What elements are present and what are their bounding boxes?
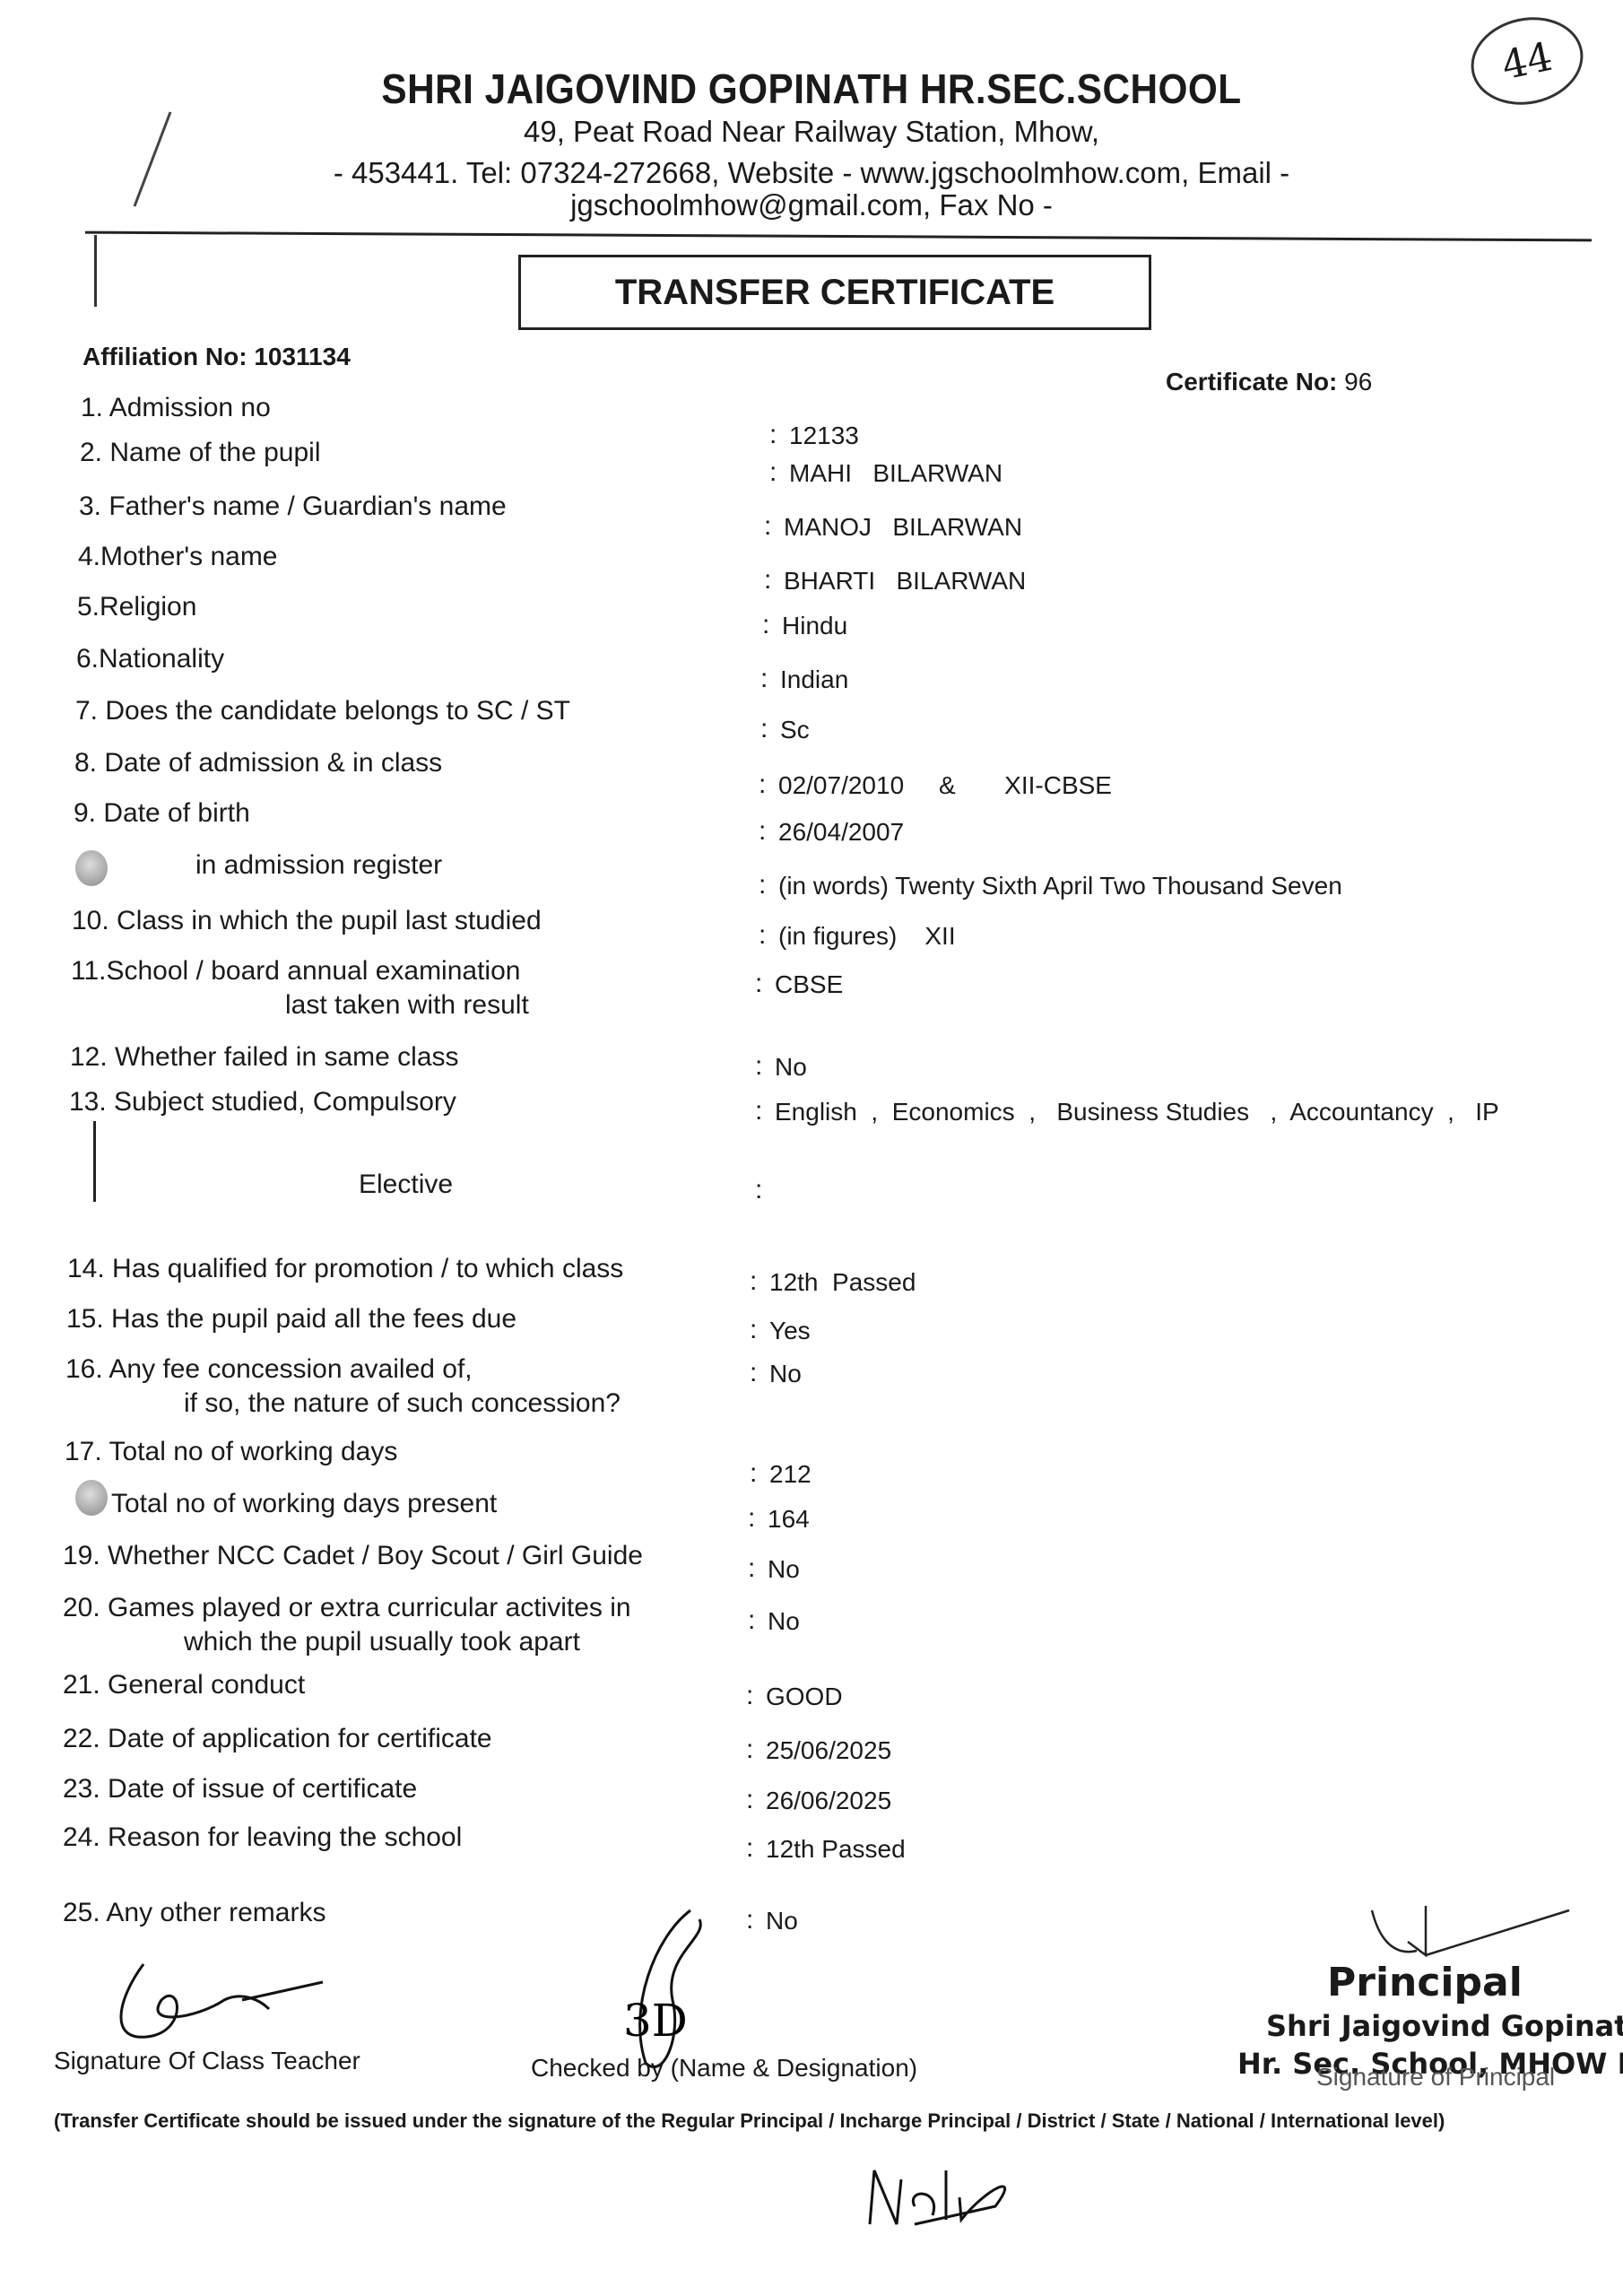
- field-separator: :: [760, 664, 768, 694]
- field-separator: :: [755, 1175, 762, 1205]
- field-value: MAHI BILARWAN: [789, 459, 1002, 488]
- field-value: No: [768, 1607, 800, 1636]
- field-separator: :: [764, 565, 771, 596]
- field-label: 25. Any other remarks: [63, 1898, 325, 1928]
- field-label: 24. Reason for leaving the school: [63, 1822, 462, 1853]
- field-label: 22. Date of application for certificate: [63, 1724, 492, 1754]
- punch-hole-mark: [75, 850, 108, 886]
- field-label: Total no of working days present: [111, 1489, 497, 1519]
- field-label: 5.Religion: [77, 592, 196, 622]
- header-divider: [85, 231, 1592, 242]
- field-label: 2. Name of the pupil: [80, 438, 321, 468]
- footer-note: (Transfer Certificate should be issued u…: [54, 2109, 1445, 2133]
- certificate-no: Certificate No: 96: [1166, 368, 1372, 396]
- field-separator: :: [755, 969, 762, 999]
- field-label: 13. Subject studied, Compulsory: [69, 1087, 456, 1118]
- field-value: English , Economics , Business Studies ,…: [775, 1098, 1499, 1126]
- field-value: No: [766, 1907, 798, 1935]
- field-value: 25/06/2025: [766, 1736, 891, 1765]
- class-teacher-signature: [90, 1946, 341, 2063]
- field-separator: :: [750, 1458, 757, 1489]
- field-label: 17. Total no of working days: [65, 1437, 397, 1467]
- field-separator: :: [750, 1358, 757, 1388]
- class-teacher-label: Signature Of Class Teacher: [54, 2047, 360, 2075]
- field-label: 4.Mother's name: [78, 542, 278, 572]
- field-label: 9. Date of birth: [74, 798, 250, 829]
- field-label: 14. Has qualified for promotion / to whi…: [67, 1254, 623, 1284]
- field-label-continued: which the pupil usually took apart: [184, 1627, 580, 1657]
- field-label: 12. Whether failed in same class: [70, 1042, 459, 1073]
- checked-by-label: Checked by (Name & Designation): [531, 2054, 917, 2083]
- field-label: 1. Admission no: [81, 393, 271, 423]
- field-value: GOOD: [766, 1683, 843, 1711]
- principal-label: Signature of Principal: [1316, 2063, 1555, 2092]
- field-separator: :: [755, 1051, 762, 1082]
- field-label: 15. Has the pupil paid all the fees due: [66, 1304, 516, 1335]
- school-email: jgschoolmhow@gmail.com, Fax No -: [0, 188, 1623, 222]
- field-value: Yes: [769, 1317, 811, 1345]
- field-separator: :: [755, 1096, 762, 1126]
- field-label: 16. Any fee concession availed of,: [65, 1354, 473, 1385]
- field-label: 7. Does the candidate belongs to SC / ST: [75, 696, 570, 726]
- field-label: 3. Father's name / Guardian's name: [79, 491, 507, 522]
- field-value: BHARTI BILARWAN: [784, 567, 1026, 596]
- field-value: Sc: [780, 716, 810, 744]
- field-label-continued: last taken with result: [285, 990, 529, 1021]
- field-value: CBSE: [775, 970, 843, 999]
- field-value: 212: [769, 1460, 811, 1489]
- field-label: 23. Date of issue of certificate: [63, 1774, 417, 1805]
- field-label: Elective: [359, 1170, 453, 1200]
- field-value: (in figures) XII: [778, 922, 956, 951]
- field-separator: :: [769, 420, 777, 450]
- field-separator: :: [748, 1503, 755, 1534]
- field-label: 11.School / board annual examination: [71, 956, 520, 987]
- title-text: TRANSFER CERTIFICATE: [615, 273, 1055, 313]
- field-separator: :: [748, 1605, 755, 1636]
- field-value: 26/06/2025: [766, 1787, 891, 1815]
- field-value: MANOJ BILARWAN: [784, 513, 1022, 542]
- field-separator: :: [750, 1315, 757, 1345]
- field-label: 10. Class in which the pupil last studie…: [72, 906, 542, 936]
- document-title: TRANSFER CERTIFICATE: [518, 255, 1151, 330]
- field-label: 20. Games played or extra curricular act…: [63, 1593, 631, 1623]
- field-separator: :: [759, 920, 766, 951]
- pupil-signature: [861, 2161, 1058, 2242]
- field-value: 12th Passed: [766, 1835, 906, 1864]
- field-separator: :: [769, 457, 777, 488]
- field-value: 12th Passed: [769, 1268, 916, 1297]
- stamp-school-name: Shri Jaigovind Gopinath: [1266, 2009, 1623, 2043]
- field-value: 26/04/2007: [778, 818, 904, 847]
- field-label: 6.Nationality: [76, 644, 224, 674]
- field-separator: :: [746, 1735, 753, 1765]
- field-separator: :: [750, 1266, 757, 1297]
- field-value: No: [775, 1053, 807, 1082]
- field-value: Indian: [780, 665, 848, 694]
- field-separator: :: [759, 870, 766, 900]
- field-value: No: [769, 1360, 802, 1388]
- field-separator: :: [760, 714, 768, 744]
- affiliation-no: Affiliation No: 1031134: [82, 343, 351, 371]
- field-label: 19. Whether NCC Cadet / Boy Scout / Girl…: [63, 1541, 643, 1571]
- svg-text:3D: 3D: [623, 1995, 688, 2047]
- field-value: Hindu: [782, 612, 847, 640]
- field-value: No: [768, 1555, 800, 1584]
- school-name: SHRI JAIGOVIND GOPINATH HR.SEC.SCHOOL: [65, 65, 1558, 113]
- field-label: 8. Date of admission & in class: [74, 748, 442, 778]
- margin-mark: [93, 1121, 96, 1202]
- field-separator: :: [764, 511, 771, 542]
- school-address: 49, Peat Road Near Railway Station, Mhow…: [0, 115, 1623, 149]
- field-value: 164: [768, 1505, 810, 1534]
- field-label-continued: if so, the nature of such concession?: [184, 1388, 621, 1419]
- field-separator: :: [759, 770, 766, 800]
- field-separator: :: [748, 1553, 755, 1584]
- punch-hole-mark: [75, 1480, 108, 1516]
- field-separator: :: [746, 1681, 753, 1711]
- field-separator: :: [759, 816, 766, 847]
- field-separator: :: [746, 1833, 753, 1864]
- field-value: 02/07/2010 & XII-CBSE: [778, 771, 1112, 800]
- field-value: (in words) Twenty Sixth April Two Thousa…: [778, 872, 1342, 900]
- school-contact: - 453441. Tel: 07324-272668, Website - w…: [0, 156, 1623, 190]
- stamp-principal: Principal: [1327, 1960, 1523, 2005]
- margin-mark: [94, 235, 97, 307]
- field-label: 21. General conduct: [63, 1670, 305, 1700]
- field-label: in admission register: [195, 850, 442, 881]
- field-value: 12133: [789, 422, 859, 450]
- field-separator: :: [762, 610, 769, 640]
- field-separator: :: [746, 1785, 753, 1815]
